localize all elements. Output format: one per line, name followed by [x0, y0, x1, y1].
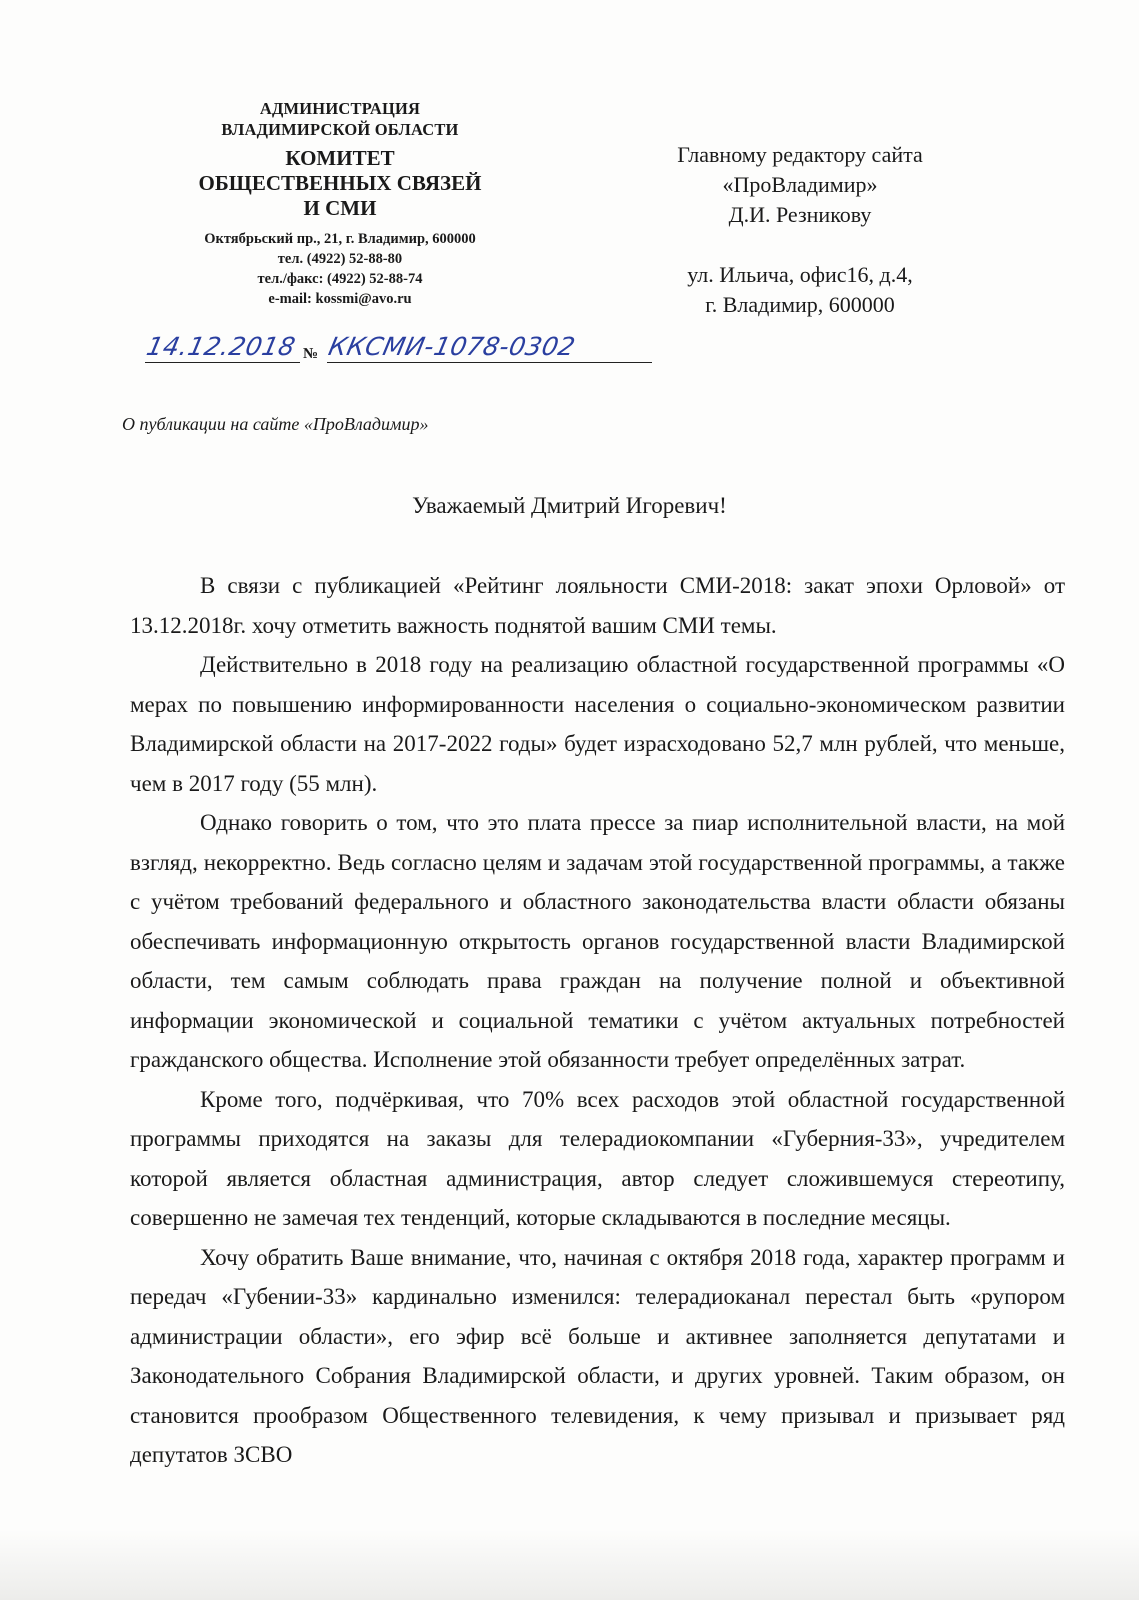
sender-phone: тел. (4922) 52-88-80 [150, 249, 530, 269]
sender-letterhead: АДМИНИСТРАЦИЯ ВЛАДИМИРСКОЙ ОБЛАСТИ КОМИТ… [150, 98, 530, 309]
registration-date: 14.12.2018 [144, 332, 298, 361]
sender-email: e-mail: kossmi@avo.ru [150, 289, 530, 309]
recipient-name: Д.И. Резникову [630, 200, 970, 230]
letter-subject: О публикации на сайте «ПроВладимир» [122, 414, 429, 435]
sender-fax: тел./факс: (4922) 52-88-74 [150, 269, 530, 289]
letter-page: АДМИНИСТРАЦИЯ ВЛАДИМИРСКОЙ ОБЛАСТИ КОМИТ… [0, 0, 1139, 1600]
sender-address: Октябрьский пр., 21, г. Владимир, 600000 [150, 229, 530, 249]
committee-name: КОМИТЕТ ОБЩЕСТВЕННЫХ СВЯЗЕЙ И СМИ [150, 146, 530, 221]
letter-body: В связи с публикацией «Рейтинг лояльност… [130, 566, 1065, 1475]
paragraph: Кроме того, подчёркивая, что 70% всех ра… [130, 1080, 1065, 1238]
paragraph: В связи с публикацией «Рейтинг лояльност… [130, 566, 1065, 645]
number-underline [327, 362, 652, 363]
recipient-site: «ПроВладимир» [630, 170, 970, 200]
administration-name: АДМИНИСТРАЦИЯ ВЛАДИМИРСКОЙ ОБЛАСТИ [150, 98, 530, 140]
number-sign: № [303, 346, 318, 363]
date-underline [145, 362, 300, 363]
paragraph: Хочу обратить Ваше внимание, что, начина… [130, 1238, 1065, 1475]
salutation: Уважаемый Дмитрий Игоревич! [0, 493, 1139, 519]
sender-contacts: Октябрьский пр., 21, г. Владимир, 600000… [150, 229, 530, 309]
recipient-block: Главному редактору сайта «ПроВладимир» Д… [630, 140, 970, 320]
recipient-title: Главному редактору сайта [630, 140, 970, 170]
registration-number: ККСМИ-1078-0302 [326, 332, 578, 361]
paragraph: Действительно в 2018 году на реализацию … [130, 645, 1065, 803]
registration-line: 14.12.2018 № ККСМИ-1078-0302 [145, 333, 665, 367]
recipient-address: ул. Ильича, офис16, д.4, г. Владимир, 60… [630, 260, 970, 320]
paragraph: Однако говорить о том, что это плата пре… [130, 803, 1065, 1080]
